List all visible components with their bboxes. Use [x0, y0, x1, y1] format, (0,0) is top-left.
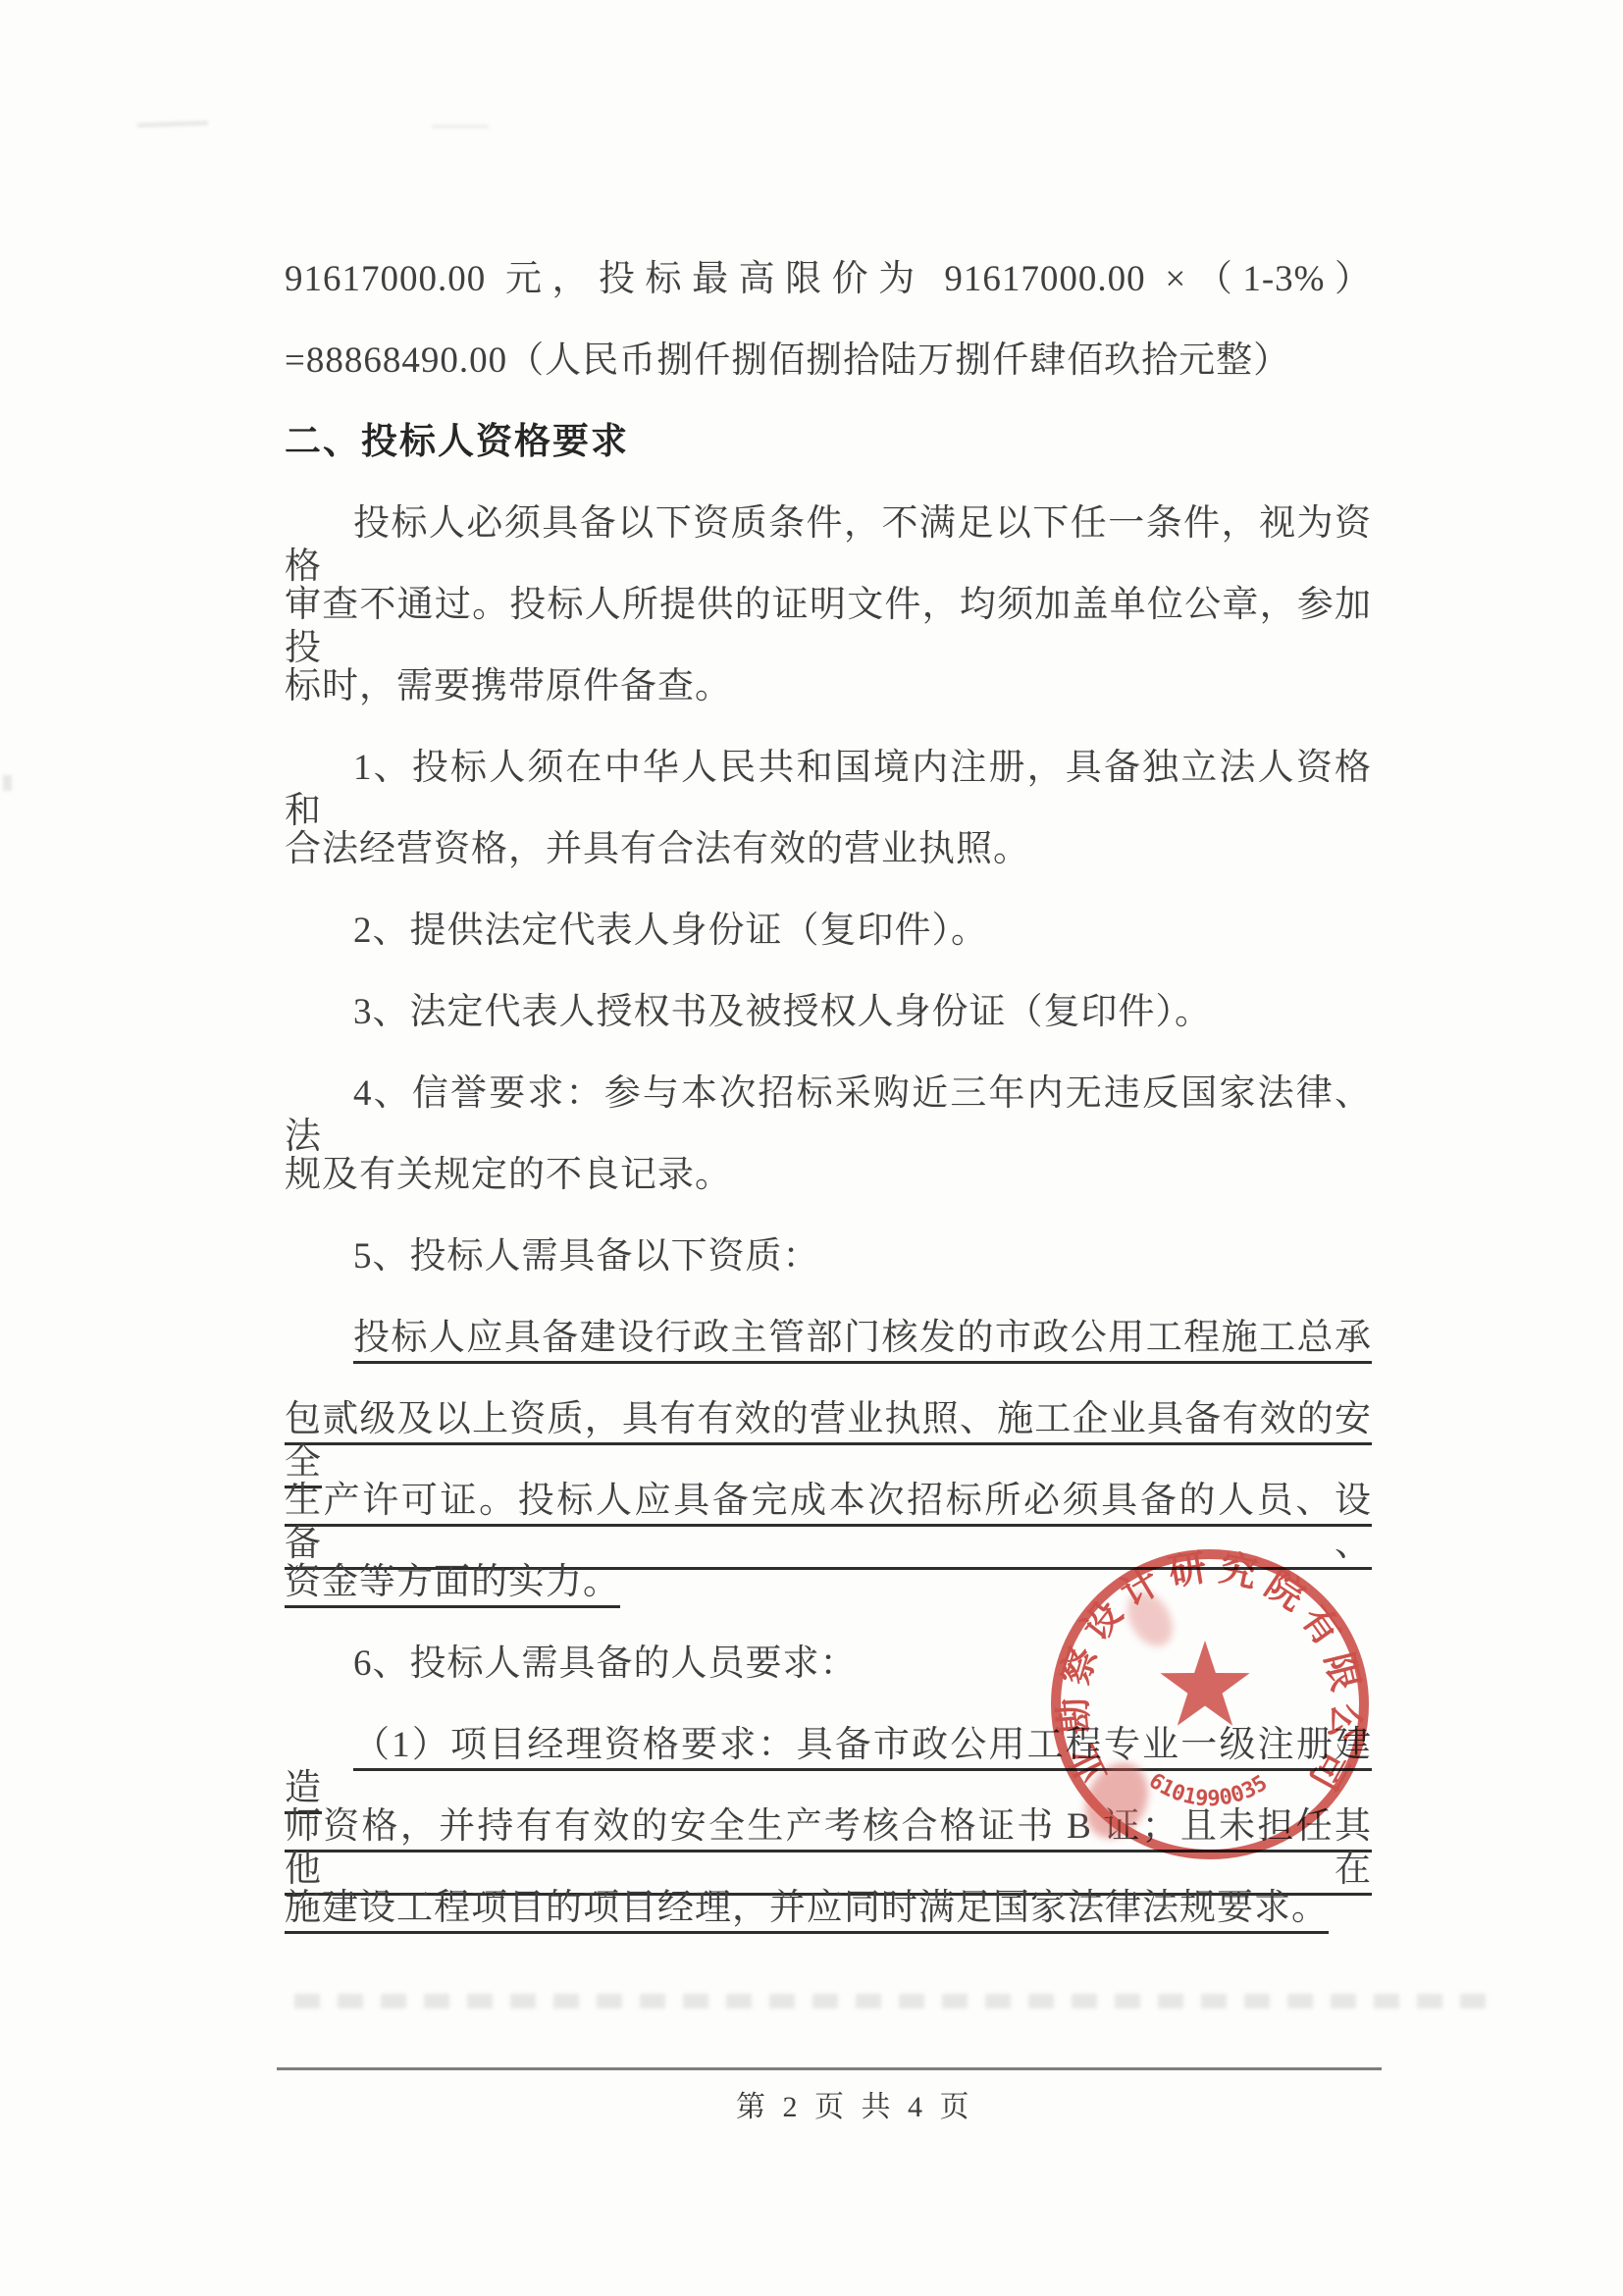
doc-line-underlined: 资金等方面的实力。 — [285, 1561, 1372, 1612]
doc-line-item-5: 5、投标人需具备以下资质： — [285, 1235, 1372, 1286]
doc-line-underlined: （1）项目经理资格要求：具备市政公用工程专业一级注册建造 — [285, 1724, 1372, 1775]
doc-line-item-4: 4、信誉要求：参与本次招标采购近三年内无违反国家法律、法 — [285, 1072, 1372, 1123]
doc-line-underlined: 施建设工程项目的项目经理，并应同时满足国家法律法规要求。 — [285, 1887, 1372, 1938]
doc-line: 合法经营资格，并具有合法有效的营业执照。 — [285, 828, 1372, 879]
doc-line: 规及有关规定的不良记录。 — [285, 1154, 1372, 1205]
doc-line-underlined: 师资格，并持有有效的安全生产考核合格证书 B 证；且未担任其他在 — [285, 1805, 1372, 1856]
section-heading: 二、投标人资格要求 — [285, 421, 1372, 472]
doc-line-item-2: 2、提供法定代表人身份证（复印件）。 — [285, 910, 1372, 961]
footer-rule — [277, 2067, 1382, 2070]
doc-line: 标时，需要携带原件备查。 — [285, 665, 1372, 716]
doc-line-price-words: =88868490.00（人民币捌仟捌佰捌拾陆万捌仟肆佰玖拾元整） — [285, 339, 1372, 391]
doc-line-price-formula: 91617000.00 元，投标最高限价为 91617000.00 ×（1-3%… — [285, 258, 1372, 309]
scan-speck — [432, 125, 489, 129]
scanned-document-page: 91617000.00 元，投标最高限价为 91617000.00 ×（1-3%… — [0, 0, 1623, 2296]
doc-line-item-6: 6、投标人需具备的人员要求： — [285, 1643, 1372, 1694]
doc-line-underlined: 投标人应具备建设行政主管部门核发的市政公用工程施工总承 — [285, 1317, 1372, 1368]
doc-line-item-3: 3、法定代表人授权书及被授权人身份证（复印件）。 — [285, 991, 1372, 1042]
scan-speck — [137, 121, 208, 129]
bleed-through-ghost-text — [294, 1994, 1499, 2009]
doc-line-item-1: 1、投标人须在中华人民共和国境内注册，具备独立法人资格和 — [285, 747, 1372, 798]
doc-line-underlined: 包贰级及以上资质，具有有效的营业执照、施工企业具备有效的安全 — [285, 1398, 1372, 1449]
doc-line-underlined: 生产许可证。投标人应具备完成本次招标所必须具备的人员、设备、 — [285, 1480, 1372, 1531]
doc-line: 审查不通过。投标人所提供的证明文件，均须加盖单位公章，参加投 — [285, 584, 1372, 635]
scan-speck — [3, 775, 12, 791]
page-number-label: 第 2 页 共 4 页 — [736, 2082, 974, 2125]
doc-line: 投标人必须具备以下资质条件，不满足以下任一条件，视为资格 — [285, 502, 1372, 553]
